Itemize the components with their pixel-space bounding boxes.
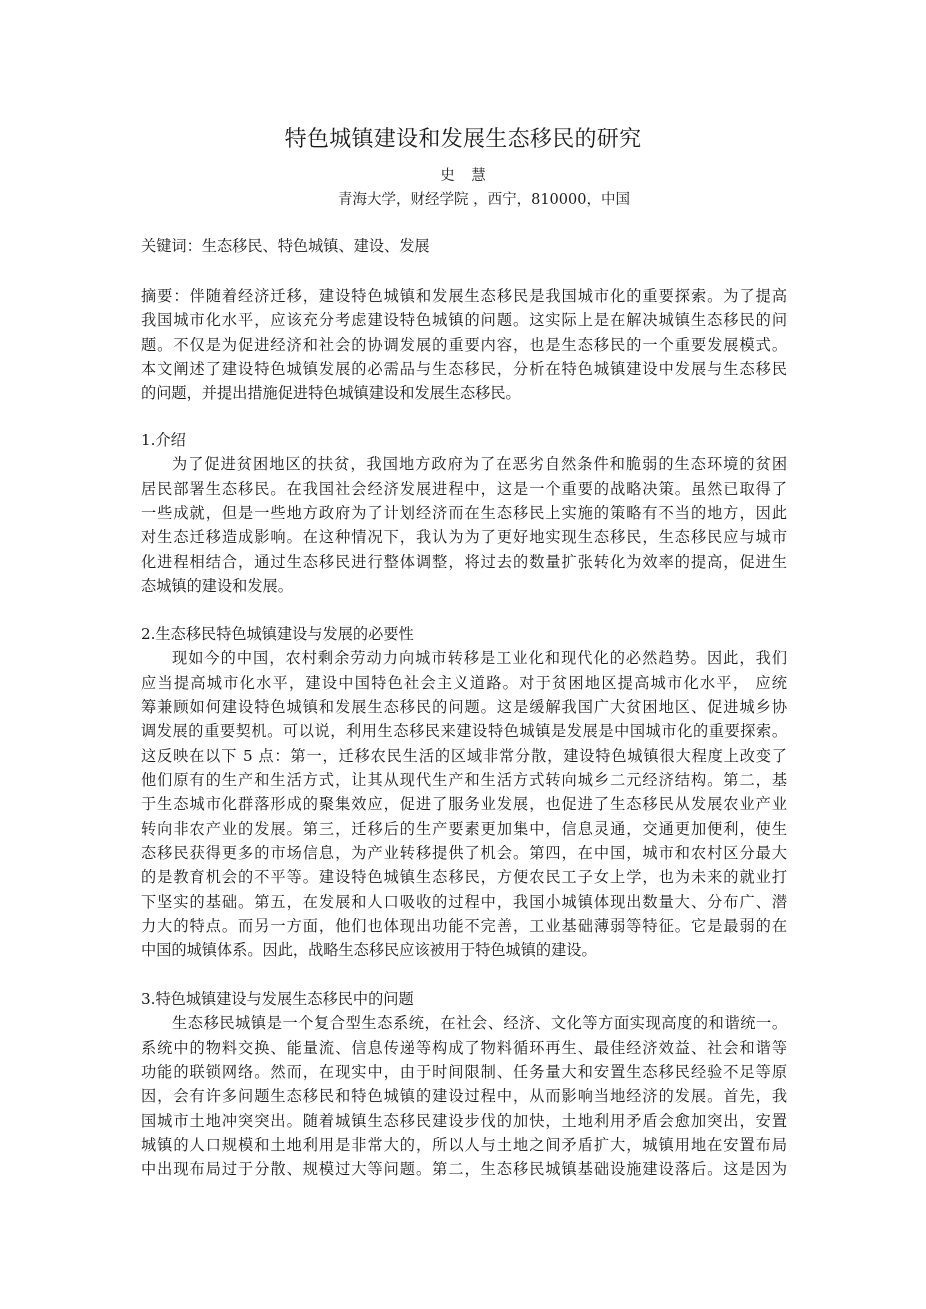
section-necessity: 2.生态移民特色城镇建设与发展的必要性 现如今的中国，农村剩余劳动力向城市转移是… (141, 622, 787, 963)
section-heading: 1.介绍 (141, 428, 787, 452)
paragraph-line: 调发展的重要契机。可以说，利用生态移民来建设特色城镇是发展是中国城市化的重要探索… (141, 719, 787, 743)
section-heading: 3.特色城镇建设与发展生态移民中的问题 (141, 987, 787, 1011)
paragraph-line: 一些成就，但是一些地方政府为了计划经济而在生态移民上实施的策略有不当的地方，因此 (141, 501, 787, 525)
section-introduction: 1.介绍 为了促进贫困地区的扶贫，我国地方政府为了在恶劣自然条件和脆弱的生态环境… (141, 428, 787, 598)
paragraph-line: 筹兼顾如何建设特色城镇和发展生态移民的问题。这是缓解我国广大贫困地区、促进城乡协 (141, 695, 787, 719)
section-heading: 2.生态移民特色城镇建设与发展的必要性 (141, 622, 787, 646)
abstract: 摘要：伴随着经济迁移，建设特色城镇和发展生态移民是我国城市化的重要探索。为了提高… (141, 284, 787, 406)
paragraph-line: 功能的联锁网络。然而，在现实中，由于时间限制、任务量大和安置生态移民经验不足等原 (141, 1060, 787, 1084)
keywords: 关键词：生态移民、特色城镇、建设、发展 (141, 234, 430, 258)
paragraph-line: 系统中的物料交换、能量流、信息传递等构成了物料循环再生、最佳经济效益、社会和谐等 (141, 1036, 787, 1060)
paragraph-line: 对生态迁移造成影响。在这种情况下，我认为为了更好地实现生态移民，生态移民应与城市 (141, 525, 787, 549)
paper-title: 特色城镇建设和发展生态移民的研究 (0, 122, 926, 153)
paragraph-line: 现如今的中国，农村剩余劳动力向城市转移是工业化和现代化的必然趋势。因此，我们 (141, 646, 787, 670)
paragraph-line: 中出现布局过于分散、规模过大等问题。第二，生态移民城镇基础设施建设落后。这是因为 (141, 1157, 787, 1181)
abstract-line: 本文阐述了建设特色城镇发展的必需品与生态移民，分析在特色城镇建设中发展与生态移民 (141, 357, 787, 381)
author-name: 史 慧 (0, 164, 926, 185)
paragraph-line: 居民部署生态移民。在我国社会经济发展进程中，这是一个重要的战略决策。虽然已取得了 (141, 477, 787, 501)
paragraph-line: 下坚实的基础。第五，在发展和人口吸收的过程中，我国小城镇体现出数量大、分布广、潜 (141, 890, 787, 914)
paragraph-line: 力大的特点。而另一方面，他们也体现出功能不完善，工业基础薄弱等特征。它是最弱的在 (141, 914, 787, 938)
paragraph-line: 城镇的人口规模和土地利用是非常大的，所以人与土地之间矛盾扩大，城镇用地在安置布局 (141, 1133, 787, 1157)
paragraph-line: 这反映在以下 5 点：第一，迁移农民生活的区域非常分散，建设特色城镇很大程度上改… (141, 744, 787, 768)
abstract-line: 摘要：伴随着经济迁移，建设特色城镇和发展生态移民是我国城市化的重要探索。为了提高 (141, 284, 787, 308)
paragraph-line: 国城市土地冲突突出。随着城镇生态移民建设步伐的加快，土地利用矛盾会愈加突出，安置 (141, 1109, 787, 1133)
section-problems: 3.特色城镇建设与发展生态移民中的问题 生态移民城镇是一个复合型生态系统，在社会… (141, 987, 787, 1182)
abstract-line: 的问题，并提出措施促进特色城镇建设和发展生态移民。 (141, 381, 787, 405)
paragraph-line: 化进程相结合，通过生态移民进行整体调整，将过去的数量扩张转化为效率的提高，促进生 (141, 550, 787, 574)
abstract-line: 题。不仅是为促进经济和社会的协调发展的重要内容，也是生态移民的一个重要发展模式。 (141, 333, 787, 357)
paragraph-line: 态城镇的建设和发展。 (141, 574, 787, 598)
paragraph-line: 于生态城市化群落形成的聚集效应，促进了服务业发展，也促进了生态移民从发展农业产业 (141, 792, 787, 816)
paragraph-line: 他们原有的生产和生活方式，让其从现代生产和生活方式转向城乡二元经济结构。第二，基 (141, 768, 787, 792)
paragraph-line: 为了促进贫困地区的扶贫，我国地方政府为了在恶劣自然条件和脆弱的生态环境的贫困 (141, 452, 787, 476)
paragraph-line: 转向非农产业的发展。第三，迁移后的生产要素更加集中，信息灵通，交通更加便利，使生 (141, 817, 787, 841)
paragraph-line: 生态移民城镇是一个复合型生态系统，在社会、经济、文化等方面实现高度的和谐统一。 (141, 1011, 787, 1035)
paragraph-line: 的是教育机会的不平等。建设特色城镇生态移民，方便农民工子女上学，也为未来的就业打 (141, 865, 787, 889)
paragraph-line: 态移民获得更多的市场信息，为产业转移提供了机会。第四，在中国，城市和农村区分最大 (141, 841, 787, 865)
paragraph-line: 应当提高城市化水平，建设中国特色社会主义道路。对于贫困地区提高城市化水平， 应统 (141, 671, 787, 695)
paragraph-line: 因，会有许多问题生态移民和特色城镇的建设过程中，从而影响当地经济的发展。首先，我 (141, 1084, 787, 1108)
abstract-line: 我国城市化水平，应该充分考虑建设特色城镇的问题。这实际上是在解决城镇生态移民的问 (141, 308, 787, 332)
paragraph-line: 中国的城镇体系。因此，战略生态移民应该被用于特色城镇的建设。 (141, 938, 787, 962)
author-affiliation: 青海大学，财经学院 ，西宁，810000，中国 (338, 188, 630, 209)
